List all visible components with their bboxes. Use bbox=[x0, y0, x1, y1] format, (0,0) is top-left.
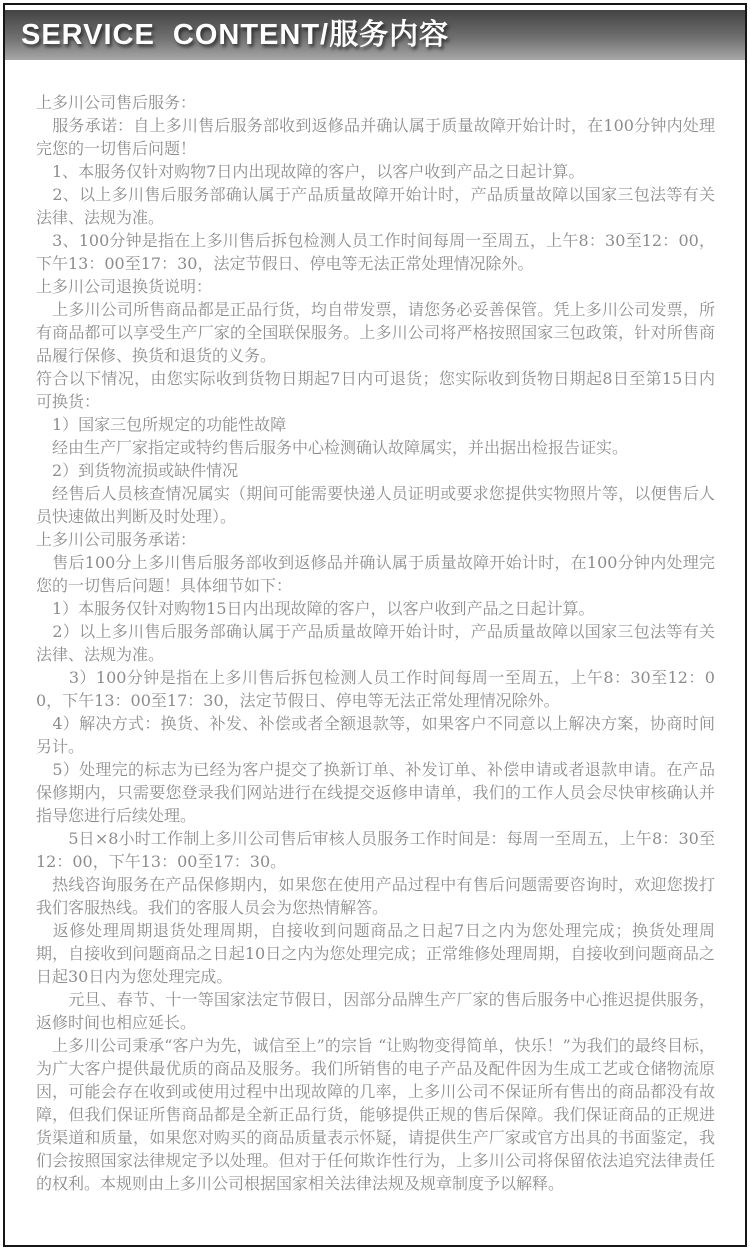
paragraph: 经由生产厂家指定或特约售后服务中心检测确认故障属实，并出据出检报告证实。 bbox=[36, 436, 715, 459]
paragraph: 服务承诺：自上多川售后服务部收到返修品并确认属于质量故障开始计时，在100分钟内… bbox=[36, 114, 715, 160]
paragraph: 上多川公司售后服务： bbox=[36, 91, 715, 114]
paragraph: 热线咨询服务在产品保修期内，如果您在使用产品过程中有售后问题需要咨询时，欢迎您拨… bbox=[36, 873, 715, 919]
paragraph: 元旦、春节、十一等国家法定节假日，因部分品牌生产厂家的售后服务中心推迟提供服务，… bbox=[36, 988, 715, 1034]
paragraph: 上多川公司所售商品都是正品行货，均自带发票，请您务必妥善保管。凭上多川公司发票，… bbox=[36, 298, 715, 367]
paragraph: 4）解决方式：换货、补发、补偿或者全额退款等，如果客户不同意以上解决方案，协商时… bbox=[36, 712, 715, 758]
page-frame: SERVICE CONTENT/服务内容 上多川公司售后服务： 服务承诺：自上多… bbox=[3, 3, 747, 1247]
section-title: SERVICE CONTENT/服务内容 bbox=[5, 10, 745, 60]
paragraph: 售后100分上多川售后服务部收到返修品并确认属于质量故障开始计时，在100分钟内… bbox=[36, 551, 715, 597]
paragraph: 1、本服务仅针对购物7日内出现故障的客户，以客户收到产品之日起计算。 bbox=[36, 160, 715, 183]
paragraph: 1）国家三包所规定的功能性故障 bbox=[36, 413, 715, 436]
service-content-page: SERVICE CONTENT/服务内容 上多川公司售后服务： 服务承诺：自上多… bbox=[0, 0, 750, 1250]
paragraph: 返修处理周期退货处理周期，自接收到问题商品之日起7日之内为您处理完成；换货处理周… bbox=[36, 919, 715, 988]
paragraph: 经售后人员核查情况属实（期间可能需要快递人员证明或要求您提供实物照片等，以便售后… bbox=[36, 482, 715, 528]
service-terms-text: 上多川公司售后服务： 服务承诺：自上多川售后服务部收到返修品并确认属于质量故障开… bbox=[5, 60, 745, 1195]
paragraph: 上多川公司秉承“客户为先，诚信至上”的宗旨 “让购物变得简单，快乐！”为我们的最… bbox=[36, 1034, 715, 1195]
paragraph: 符合以下情况，由您实际收到货物日期起7日内可退货；您实际收到货物日期起8日至第1… bbox=[36, 367, 715, 413]
section-header-banner: SERVICE CONTENT/服务内容 bbox=[5, 10, 745, 60]
paragraph: 5日×8小时工作制上多川公司售后审核人员服务工作时间是：每周一至周五，上午8：3… bbox=[36, 827, 715, 873]
paragraph: 2）到货物流损或缺件情况 bbox=[36, 459, 715, 482]
paragraph: 3、100分钟是指在上多川售后拆包检测人员工作时间每周一至周五，上午8：30至1… bbox=[36, 229, 715, 275]
paragraph: 上多川公司服务承诺： bbox=[36, 528, 715, 551]
paragraph: 3）100分钟是指在上多川售后拆包检测人员工作时间每周一至周五，上午8：30至1… bbox=[36, 666, 715, 712]
paragraph: 2、以上多川售后服务部确认属于产品质量故障开始计时，产品质量故障以国家三包法等有… bbox=[36, 183, 715, 229]
paragraph: 1）本服务仅针对购物15日内出现故障的客户，以客户收到产品之日起计算。 bbox=[36, 597, 715, 620]
paragraph: 上多川公司退换货说明： bbox=[36, 275, 715, 298]
paragraph: 2）以上多川售后服务部确认属于产品质量故障开始计时，产品质量故障以国家三包法等有… bbox=[36, 620, 715, 666]
paragraph: 5）处理完的标志为已经为客户提交了换新订单、补发订单、补偿申请或者退款申请。在产… bbox=[36, 758, 715, 827]
